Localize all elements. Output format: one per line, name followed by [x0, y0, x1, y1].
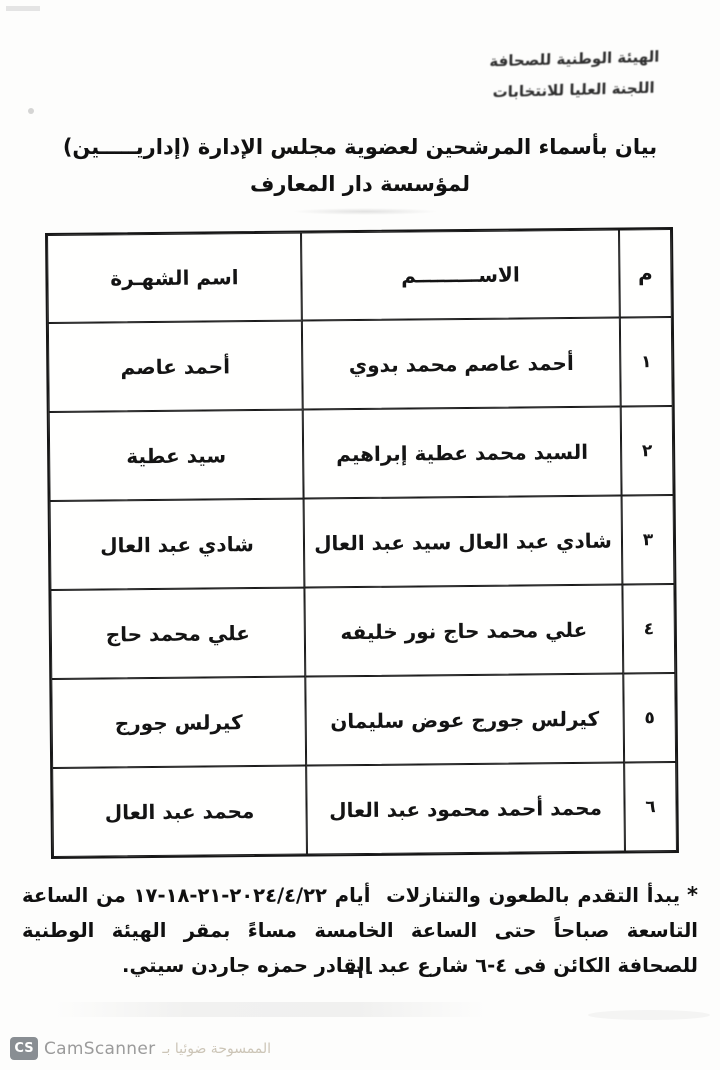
title-line-1: بيان بأسماء المرشحين لعضوية مجلس الإدارة…	[0, 128, 720, 166]
faint-underline	[292, 208, 438, 215]
camscanner-arabic-caption: الممسوحة ضوئيا بـ	[162, 1041, 271, 1057]
row-number: ٢	[621, 406, 674, 495]
authority-stamp: الهيئة الوطنية للصحافة اللجنة العليا للا…	[453, 41, 694, 110]
row-name: السيد محمد عطية إبراهيم	[303, 407, 622, 499]
row-nickname: سيد عطية	[49, 410, 304, 501]
row-name: كيرلس جورج عوض سليمان	[305, 673, 624, 765]
document-title: بيان بأسماء المرشحين لعضوية مجلس الإدارة…	[0, 128, 720, 202]
col-header-name: الاســـــــــم	[301, 230, 620, 321]
col-header-number: م	[619, 229, 672, 317]
col-header-nickname: اسم الشهـرة	[47, 233, 302, 323]
row-number: ٦	[624, 762, 677, 851]
scan-smudge	[588, 1010, 710, 1020]
page-number: -١-	[0, 962, 720, 983]
row-nickname: علي محمد حاج	[50, 588, 305, 679]
camscanner-watermark: CS CamScanner الممسوحة ضوئيا بـ	[10, 1037, 271, 1060]
scan-noise	[6, 6, 40, 11]
camscanner-logo-icon: CS	[10, 1037, 38, 1060]
row-name: محمد أحمد محمود عبد العال	[306, 762, 625, 854]
footnote-bullet: *	[687, 883, 698, 907]
scan-smudge	[55, 1002, 485, 1017]
row-name: شادي عبد العال سيد عبد العال	[304, 496, 623, 588]
row-number: ٥	[623, 673, 676, 762]
row-number: ٣	[622, 495, 675, 584]
candidates-table: م الاســـــــــم اسم الشهـرة ١ أحمد عاصم…	[45, 227, 679, 859]
footnote-dates: ٢٠٢٤/٤/٢٢-٢١-١٨-١٧	[134, 884, 327, 907]
camscanner-brand: CamScanner	[44, 1039, 155, 1059]
footnote-text-1: يبدأ التقدم بالطعون والتنازلات أيام	[327, 884, 680, 907]
row-nickname: أحمد عاصم	[48, 321, 303, 412]
row-number: ٤	[622, 584, 675, 673]
row-number: ١	[620, 317, 673, 406]
title-line-2: لمؤسسة دار المعارف	[0, 166, 720, 202]
row-name: أحمد عاصم محمد بدوي	[302, 318, 621, 410]
row-name: علي محمد حاج نور خليفه	[304, 585, 623, 677]
row-nickname: شادي عبد العال	[50, 499, 305, 590]
row-nickname: كيرلس جورج	[51, 677, 306, 768]
scan-noise	[28, 108, 34, 114]
row-nickname: محمد عبد العال	[52, 766, 307, 857]
